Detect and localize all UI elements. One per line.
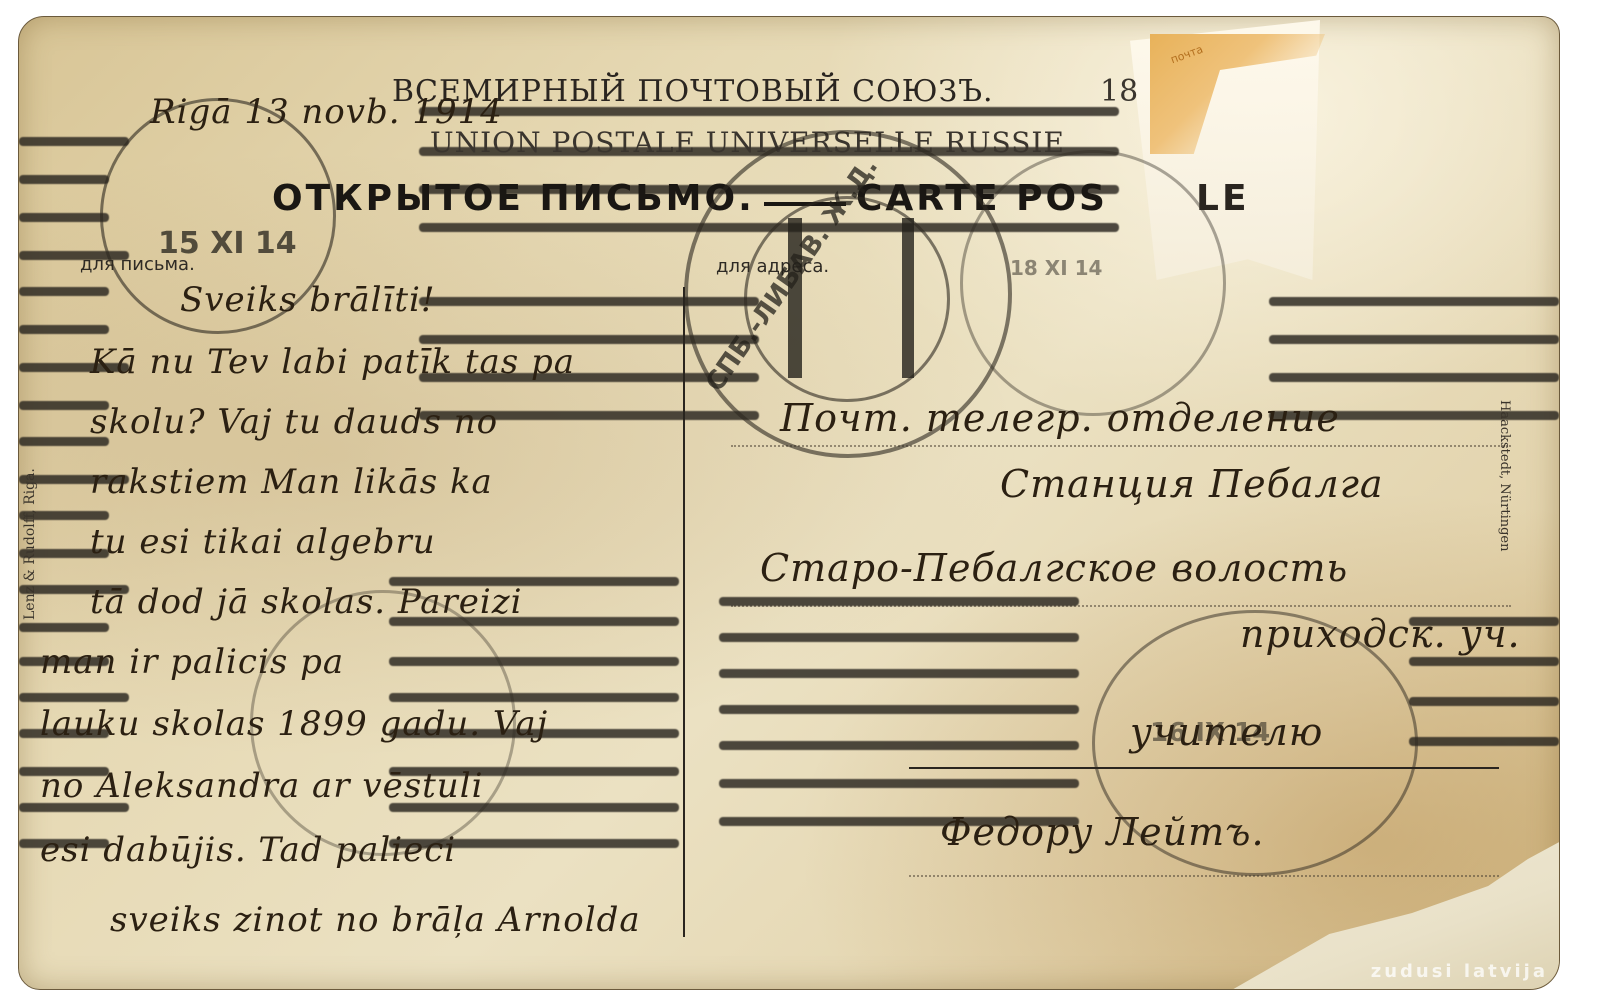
postmark-center-bar-right [902, 218, 914, 378]
cancel-bar [1409, 737, 1559, 746]
postmark-center-bar-left [788, 218, 802, 378]
postmark-top-right [960, 150, 1226, 416]
cancel-bar [719, 705, 1079, 714]
cancel-bar [19, 287, 109, 296]
address-line-4 [909, 875, 1499, 877]
card-title-ru: ОТКРЫТОЕ ПИСЬМО. [272, 178, 755, 219]
message-line: sveiks zinot no brāļa Arnolda [110, 900, 641, 940]
message-line: tu esi tikai algebru [90, 522, 436, 562]
cancel-bar [719, 633, 1079, 642]
message-line: no Aleksandra ar vēstuli [40, 766, 483, 806]
message-line: rakstiem Man likās ka [90, 462, 493, 502]
watermark: zudusi latvija [1371, 961, 1548, 982]
year-prefix: 18 [1100, 74, 1138, 109]
center-divider [683, 287, 685, 937]
message-line: esi dabūjis. Tad palieci [40, 830, 456, 870]
address-line: Старо-Пебалгское волость [760, 546, 1348, 590]
address-line: приходск. уч. [1240, 612, 1521, 656]
cancel-bar [19, 213, 109, 222]
cancel-bar [19, 325, 109, 334]
address-line: Почт. телегр. отделение [780, 396, 1340, 440]
cancel-bar [1269, 297, 1559, 306]
message-line: skolu? Vaj tu dauds no [90, 402, 498, 442]
cancel-bar [1269, 335, 1559, 344]
cancel-bar [19, 175, 109, 184]
cancel-bar [1269, 373, 1559, 382]
address-line: Станция Пебалга [1000, 462, 1384, 506]
cancel-bar [1409, 697, 1559, 706]
cancel-bar [719, 741, 1079, 750]
cancel-bar [719, 597, 1079, 606]
publisher-imprint-right: Haackstedt, Nürtingen [1497, 400, 1512, 552]
message-line: lauku skolas 1899 gadu. Vaj [40, 704, 548, 744]
cancel-bar [19, 137, 129, 146]
address-line: Федору Лейтъ. [940, 810, 1265, 854]
address-line: учителю [1130, 710, 1323, 754]
message-line: Sveiks brālīti! [180, 280, 436, 320]
cancel-bar [19, 693, 129, 702]
message-line: man ir palicis pa [40, 642, 344, 682]
postmark-top-left-date: 15 XI 14 [158, 226, 297, 261]
cancel-bar [719, 669, 1079, 678]
message-line: tā dod jā skolas. Pareizi [90, 582, 523, 622]
message-line: Rigā 13 novb. 1914 [150, 92, 503, 132]
message-line: Kā nu Tev labi patīk tas pa [90, 342, 575, 382]
union-title-fr: UNION POSTALE UNIVERSELLE RUSSIE [430, 126, 1065, 159]
cancel-bar [719, 779, 1079, 788]
postmark-top-right-date: 18 XI 14 [1010, 256, 1102, 280]
cancel-bar [19, 623, 109, 632]
cancel-bar [1409, 657, 1559, 666]
publisher-imprint-left: Lenz & Rudolff, Riga. [22, 468, 38, 620]
